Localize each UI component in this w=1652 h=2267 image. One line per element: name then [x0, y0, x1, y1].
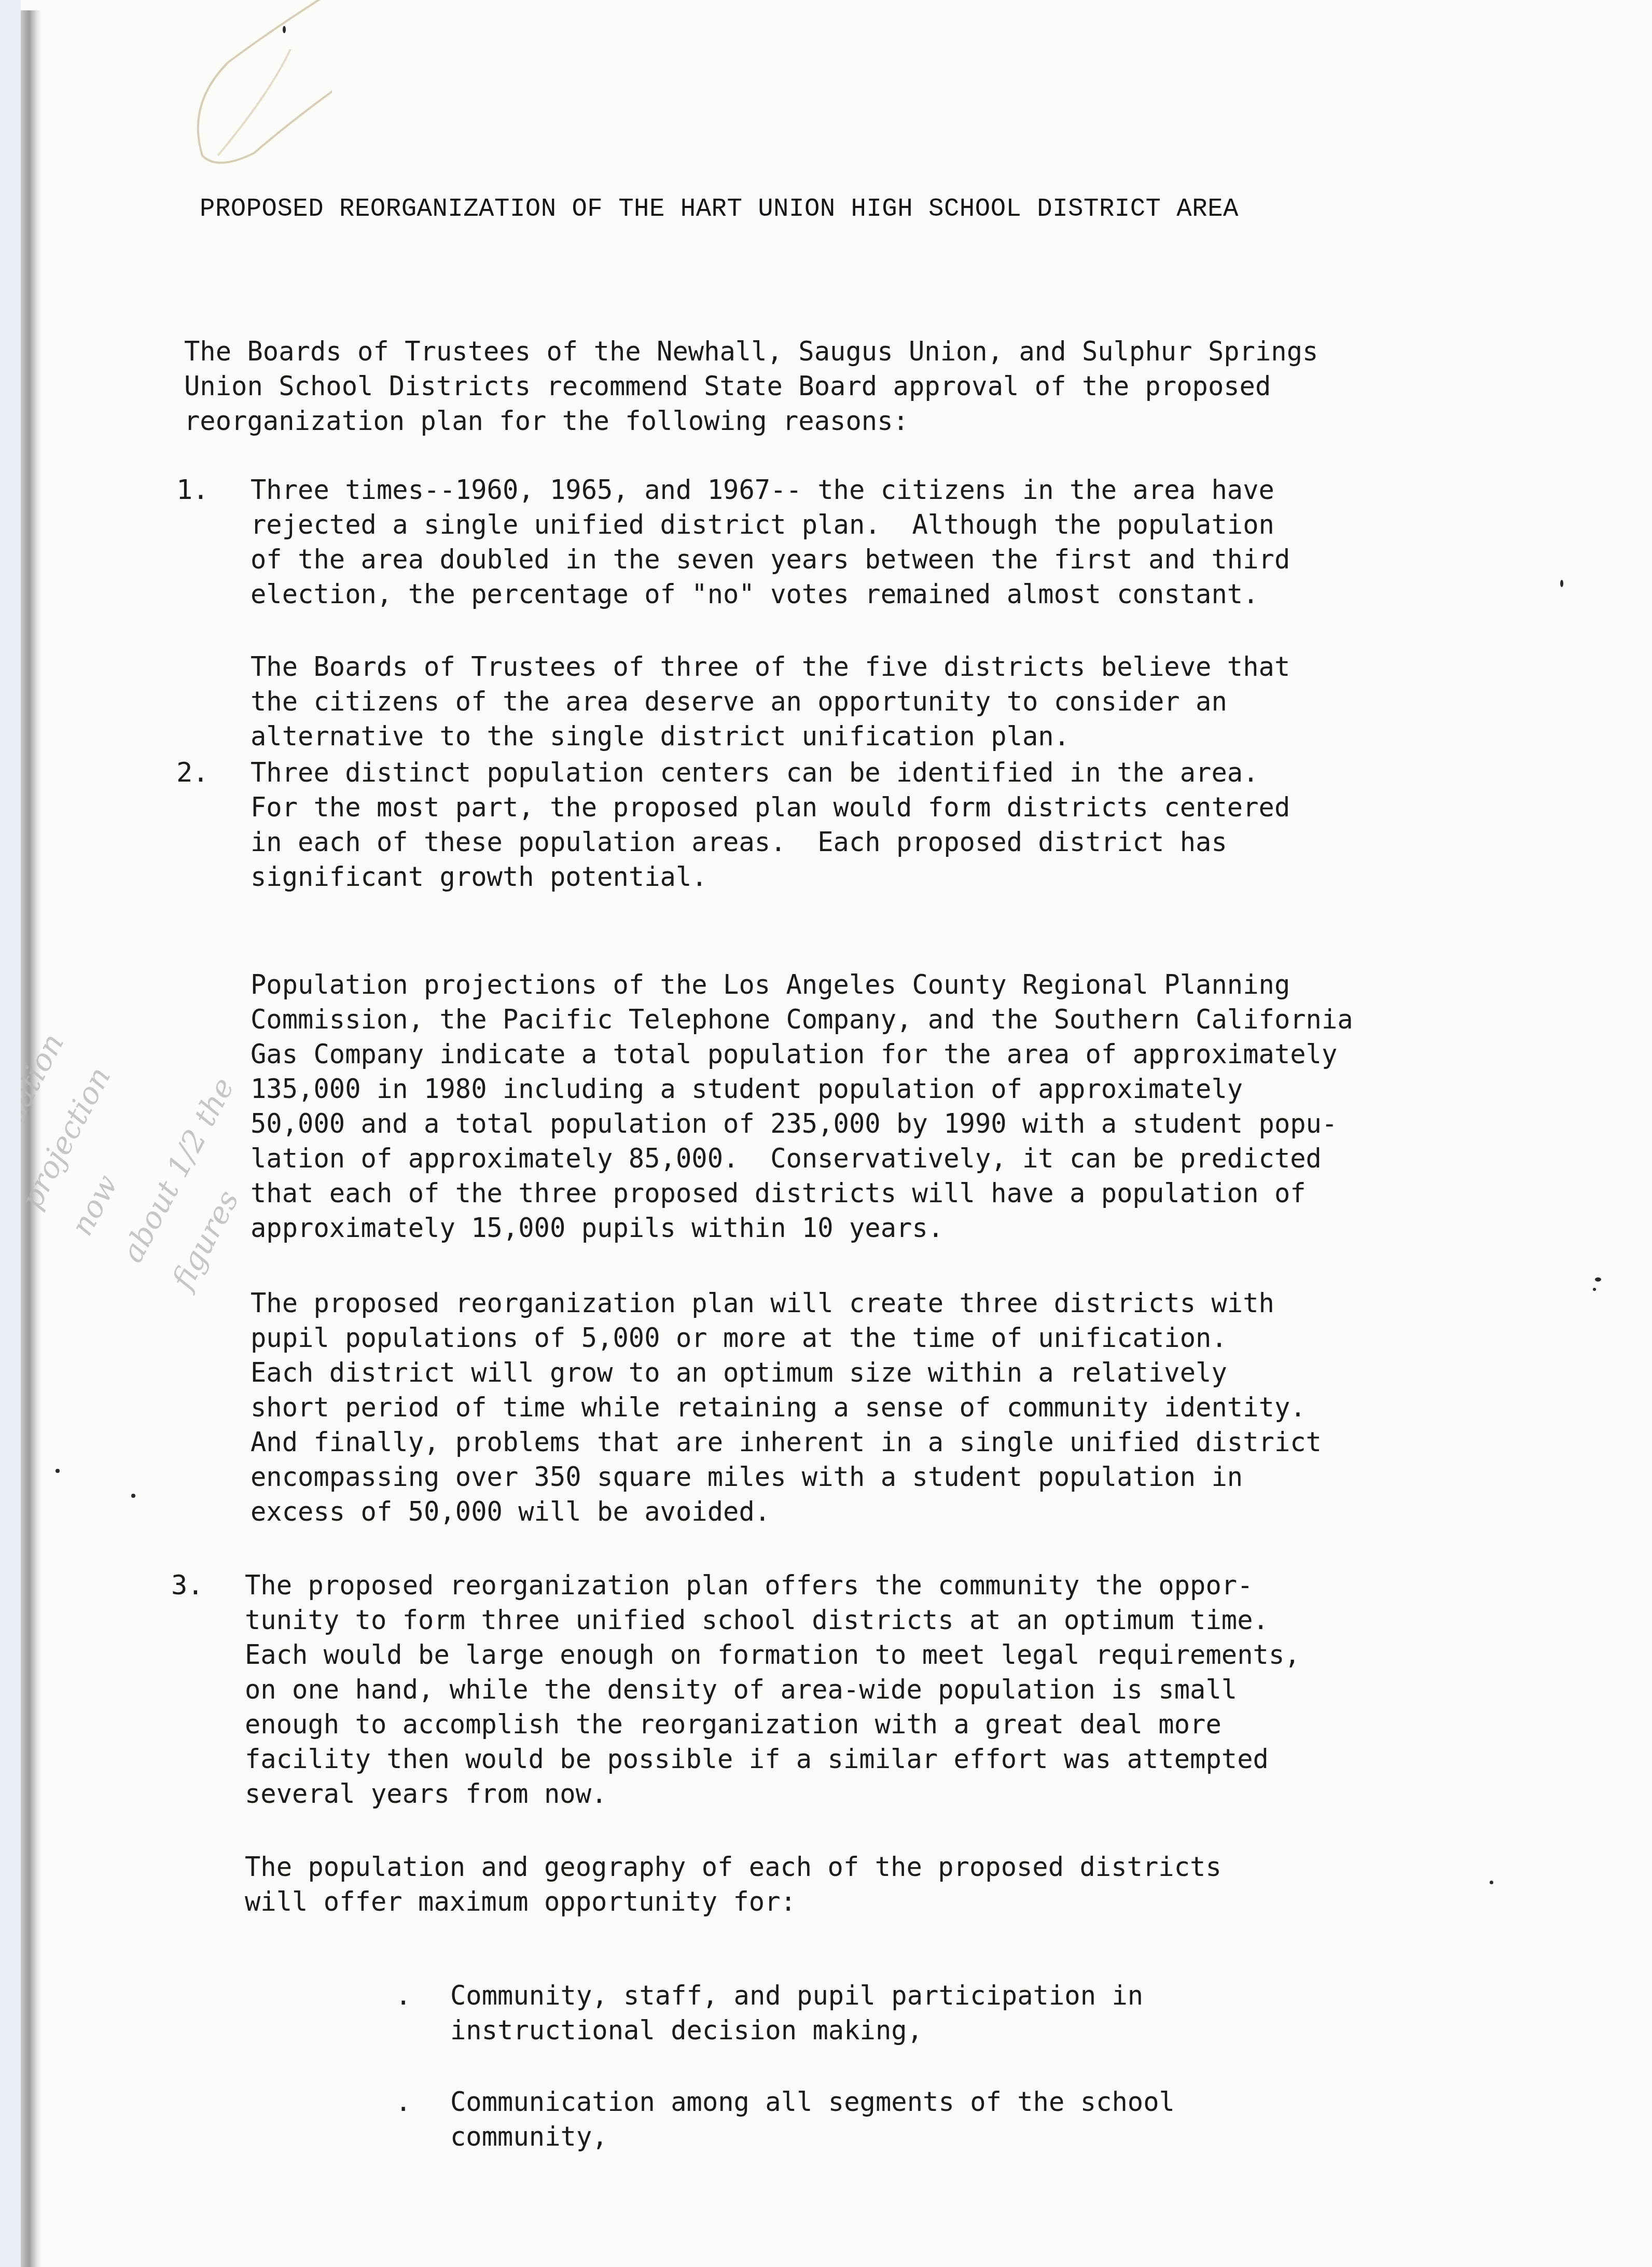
- document-page: Population projection now about 1/2 the …: [21, 0, 1652, 2267]
- bullet-marker: .: [395, 1979, 411, 2013]
- pencil-mark: [99, 0, 332, 171]
- reason-1-paragraph-1: Three times--1960, 1965, and 1967-- the …: [251, 473, 1290, 612]
- reason-2-paragraph-3: The proposed reorganization plan will cr…: [251, 1286, 1322, 1529]
- scan-speck: [1595, 1277, 1601, 1282]
- scan-speck: [283, 26, 286, 33]
- scan-speck: [131, 1494, 135, 1498]
- intro-paragraph: The Boards of Trustees of the Newhall, S…: [184, 335, 1318, 439]
- reason-number: 1.: [176, 473, 209, 508]
- document-title: PROPOSED REORGANIZATION OF THE HART UNIO…: [200, 194, 1239, 224]
- reason-3-paragraph-1: The proposed reorganization plan offers …: [245, 1568, 1300, 1812]
- bullet-item: Community, staff, and pupil participatio…: [450, 1979, 1143, 2048]
- scan-speck: [1490, 1881, 1493, 1884]
- scan-speck: [55, 1469, 60, 1473]
- reason-3-paragraph-2: The population and geography of each of …: [245, 1850, 1221, 1920]
- scan-speck: [1560, 580, 1563, 587]
- reason-2-paragraph-1: Three distinct population centers can be…: [251, 756, 1290, 895]
- bullet-item: Communication among all segments of the …: [450, 2085, 1175, 2154]
- reason-number: 2.: [176, 756, 209, 790]
- reason-number: 3.: [171, 1568, 204, 1603]
- reason-1-paragraph-2: The Boards of Trustees of three of the f…: [251, 650, 1290, 754]
- scan-speck: [1593, 1288, 1596, 1291]
- bullet-marker: .: [395, 2085, 411, 2120]
- reason-2-paragraph-2: Population projections of the Los Angele…: [251, 968, 1353, 1246]
